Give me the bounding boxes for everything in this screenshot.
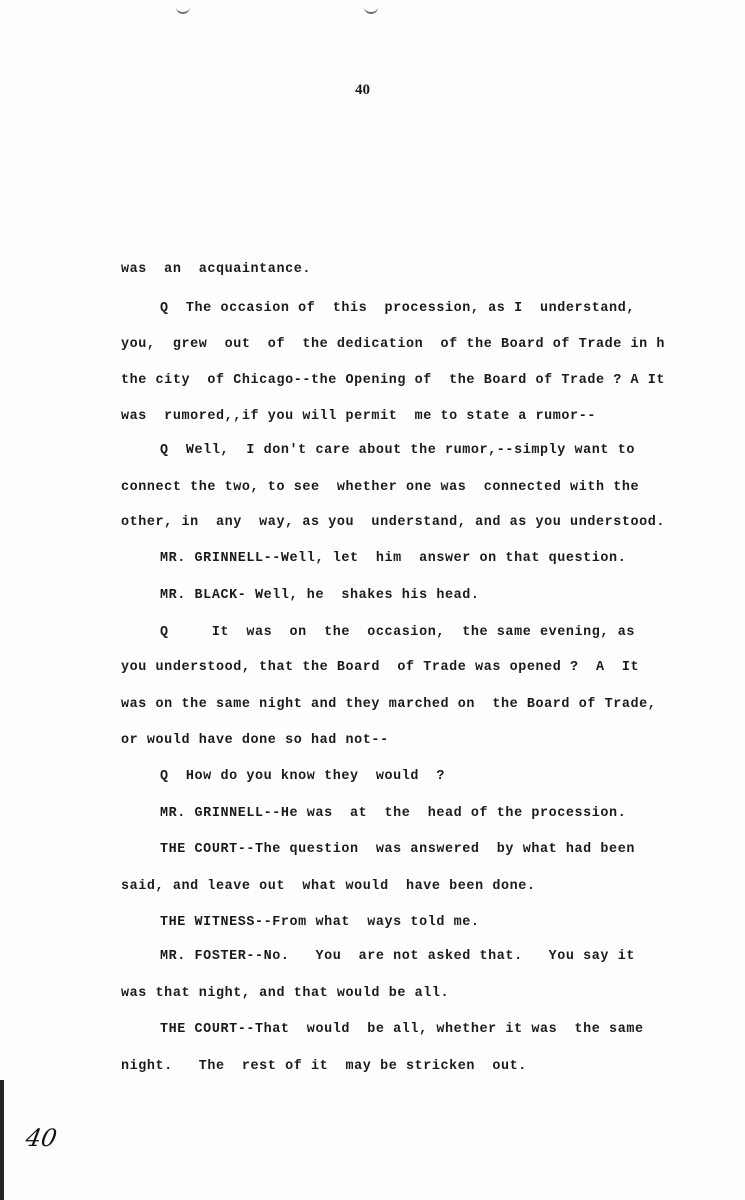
page-number: 40 <box>0 82 725 99</box>
transcript-line: THE WITNESS--From what ways told me. <box>160 915 480 931</box>
scan-mark-right <box>364 6 378 14</box>
scan-mark-left <box>176 6 190 14</box>
transcript-line: was on the same night and they marched o… <box>121 697 656 713</box>
transcript-line: Q The occasion of this procession, as I … <box>160 301 635 317</box>
transcript-line: THE COURT--That would be all, whether it… <box>160 1022 644 1038</box>
handwritten-page-number: 40 <box>24 1124 59 1152</box>
transcript-line: other, in any way, as you understand, an… <box>121 515 665 531</box>
transcript-line: the city of Chicago--the Opening of the … <box>121 373 665 389</box>
transcript-line: you understood, that the Board of Trade … <box>121 660 639 676</box>
transcript-line: Q It was on the occasion, the same eveni… <box>160 625 635 641</box>
transcript-line: night. The rest of it may be stricken ou… <box>121 1059 527 1075</box>
transcript-line: or would have done so had not-- <box>121 733 389 749</box>
transcript-line: Q How do you know they would ? <box>160 769 445 785</box>
transcript-line: MR. GRINNELL--He was at the head of the … <box>160 806 626 822</box>
transcript-line: you, grew out of the dedication of the B… <box>121 337 665 353</box>
transcript-line: was rumored,,if you will permit me to st… <box>121 409 596 425</box>
transcript-line: THE COURT--The question was answered by … <box>160 842 635 858</box>
scan-edge <box>0 1080 4 1200</box>
transcript-line: MR. GRINNELL--Well, let him answer on th… <box>160 551 626 567</box>
transcript-line: MR. BLACK- Well, he shakes his head. <box>160 588 480 604</box>
transcript-line: was an acquaintance. <box>121 262 311 278</box>
transcript-page: 40 was an acquaintance.Q The occasion of… <box>0 0 745 1200</box>
transcript-line: connect the two, to see whether one was … <box>121 480 639 496</box>
transcript-line: Q Well, I don't care about the rumor,--s… <box>160 443 635 459</box>
transcript-line: MR. FOSTER--No. You are not asked that. … <box>160 949 635 965</box>
transcript-line: was that night, and that would be all. <box>121 986 449 1002</box>
transcript-line: said, and leave out what would have been… <box>121 879 536 895</box>
